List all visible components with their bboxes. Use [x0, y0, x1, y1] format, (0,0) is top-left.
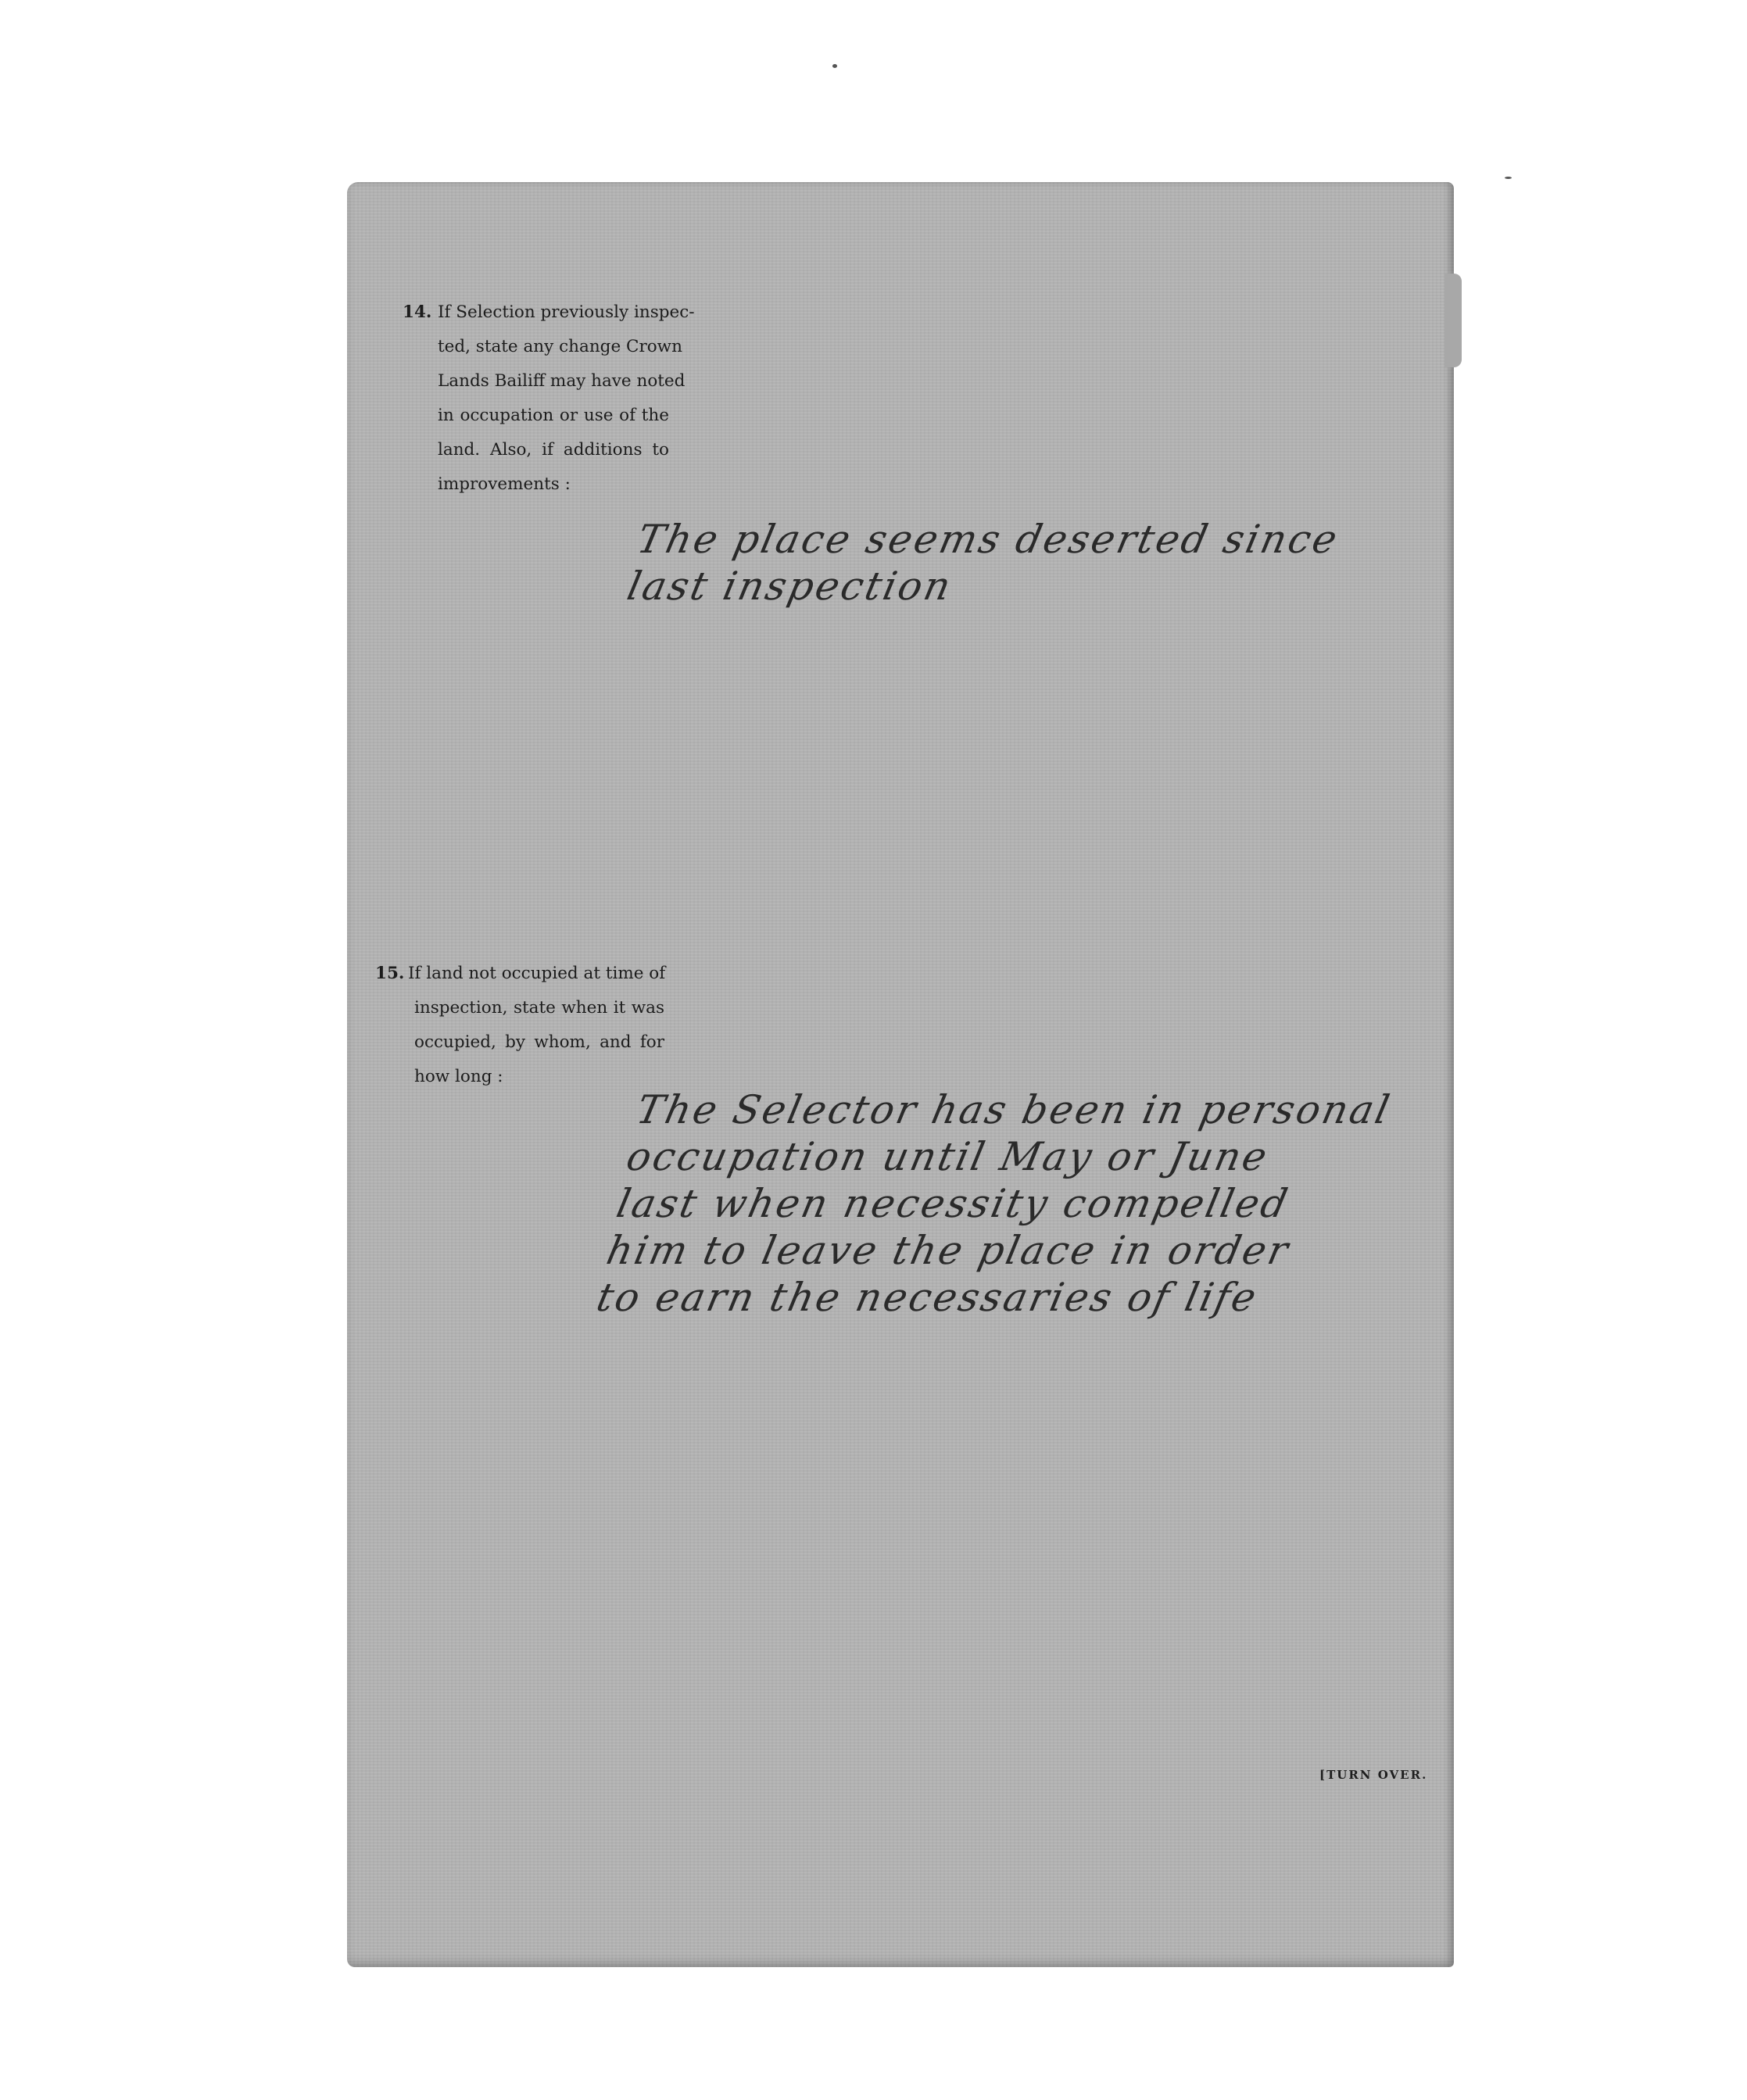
question-text-line: Lands Bailiff may have noted: [438, 364, 669, 399]
scan-speck: [832, 64, 837, 68]
question-text-line: If Selection previously inspec-: [438, 295, 669, 330]
question-number: 14.: [403, 295, 431, 330]
question-text-line: If land not occupied at time of: [408, 957, 664, 991]
handwritten-line: The place seems deserted since: [633, 516, 1344, 563]
scan-speck: [1505, 177, 1512, 179]
page-torn-edge: [1444, 274, 1462, 367]
handwritten-line: The Selector has been in personal: [632, 1086, 1395, 1133]
question-14: 14. If Selection previously inspec- ted,…: [438, 295, 669, 502]
question-number: 15.: [375, 957, 404, 991]
handwritten-line: last inspection: [623, 563, 1334, 610]
question-text-line: land. Also, if additions to: [438, 433, 669, 467]
handwritten-line: occupation until May or June: [622, 1133, 1385, 1180]
handwritten-answer-14: The place seems deserted since last insp…: [623, 516, 1343, 610]
question-text-line: ted, state any change Crown: [438, 330, 669, 364]
question-text-line: improvements :: [438, 467, 669, 502]
handwritten-line: last when necessity compelled: [613, 1180, 1376, 1227]
question-text-line: inspection, state when it was: [414, 991, 664, 1025]
handwritten-line: to earn the necessaries of life: [592, 1274, 1355, 1321]
handwritten-answer-15: The Selector has been in personal occupa…: [592, 1086, 1395, 1321]
turn-over-note: [TURN OVER.: [1319, 1768, 1427, 1782]
question-text-line: how long :: [414, 1060, 664, 1094]
question-text-line: occupied, by whom, and for: [414, 1025, 664, 1060]
question-text-line: in occupation or use of the: [438, 399, 669, 433]
handwritten-line: him to leave the place in order: [603, 1227, 1366, 1274]
question-15: 15. If land not occupied at time of insp…: [414, 957, 664, 1094]
